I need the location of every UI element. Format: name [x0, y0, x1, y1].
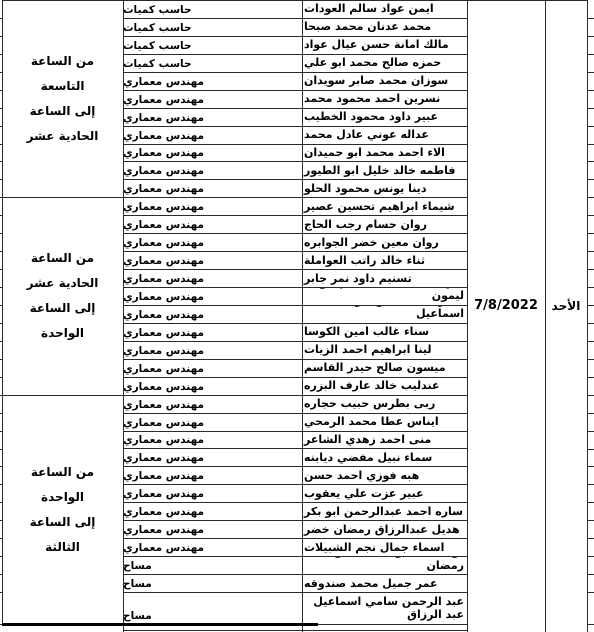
row-gridline-tick — [587, 431, 594, 432]
name-cell[interactable]: مارينا عبداللطيف سالم ابو ليمون — [302, 288, 467, 306]
profession-cell[interactable]: مهندس معماري — [123, 73, 302, 91]
profession-cell[interactable]: مهندس معماري — [123, 306, 302, 324]
row-gridline-tick — [587, 466, 594, 467]
row-gridline-tick — [587, 341, 594, 342]
row-gridline-tick — [587, 556, 594, 557]
name-cell[interactable]: ساره احمد عبدالرحمن ابو بكر — [302, 503, 467, 521]
row-gridline-tick — [587, 36, 594, 37]
profession-cell[interactable]: مهندس معماري — [123, 180, 302, 198]
name-cell[interactable]: الاء احمد محمد ابو حميدان — [302, 145, 467, 163]
time-slot-cell[interactable]: من الساعة التاسعة إلى الساعة الحادية عشر — [2, 1, 123, 198]
time-slot-cell[interactable]: من الساعة الحادية عشر إلى الساعة الواحدة — [2, 198, 123, 395]
time-slot-cell[interactable]: من الساعة الواحدة إلى الساعة الثالثة — [2, 396, 123, 625]
profession-cell[interactable]: مهندس معماري — [123, 127, 302, 145]
name-cell[interactable]: سوزان محمد صابر سويدان — [302, 73, 467, 91]
date-value: 7/8/2022 — [467, 297, 545, 315]
name-cell[interactable]: سماء نبيل مفضي ديابنه — [302, 450, 467, 468]
profession-cell[interactable]: مساح — [123, 575, 302, 593]
row-gridline-tick — [587, 269, 594, 270]
row-gridline-tick — [587, 377, 594, 378]
row-gridline-tick — [587, 18, 594, 19]
profession-cell[interactable]: حاسب كميات — [123, 55, 302, 73]
profession-cell[interactable]: مهندس معماري — [123, 414, 302, 432]
row-gridline-tick — [587, 287, 594, 288]
table-bottom-thick-border — [2, 623, 318, 626]
profession-cell[interactable]: مساح — [123, 593, 302, 625]
profession-cell[interactable]: مهندس معماري — [123, 485, 302, 503]
row-gridline-tick — [587, 624, 594, 625]
day-cell[interactable]: الأحد — [545, 0, 587, 624]
row-gridline-tick — [587, 449, 594, 450]
profession-cell[interactable]: مهندس معماري — [123, 252, 302, 270]
name-cell[interactable]: دينا يونس محمود الحلو — [302, 180, 467, 198]
row-gridline-tick — [587, 502, 594, 503]
profession-cell[interactable]: مهندس معماري — [123, 378, 302, 396]
profession-cell[interactable]: مهندس معماري — [123, 539, 302, 557]
name-cell[interactable]: نسرين احمد محمود محمد — [302, 91, 467, 109]
name-cell[interactable]: ميسون صالح حيدر القاسم — [302, 360, 467, 378]
profession-cell[interactable]: مهندس معماري — [123, 324, 302, 342]
row-gridline-tick — [587, 305, 594, 306]
name-cell[interactable]: سناء غالب امين الكوسا — [302, 324, 467, 342]
name-cell[interactable]: منى احمد زهدي الشاعر — [302, 432, 467, 450]
name-cell[interactable]: هبه فوزي احمد حسن — [302, 467, 467, 485]
profession-cell[interactable]: مهندس معماري — [123, 109, 302, 127]
row-gridline-tick — [587, 592, 594, 593]
row-gridline-tick — [587, 126, 594, 127]
grid-line-vertical — [302, 0, 303, 632]
name-cell[interactable]: روان معين خضر الجوابره — [302, 234, 467, 252]
profession-cell[interactable]: مهندس معماري — [123, 91, 302, 109]
spreadsheet-view: حاسب كمياتايمن عواد سالم العوداتحاسب كمي… — [0, 0, 594, 632]
grid-line-vertical — [467, 0, 468, 632]
row-gridline-tick — [587, 538, 594, 539]
profession-cell[interactable]: حاسب كميات — [123, 19, 302, 37]
name-cell[interactable]: لينا ابراهيم احمد الزيات — [302, 342, 467, 360]
row-gridline-tick — [587, 574, 594, 575]
name-cell[interactable]: ربى بطرس حبيب حجاره — [302, 396, 467, 414]
row-gridline-tick — [587, 72, 594, 73]
row-gridline-tick — [587, 233, 594, 234]
name-cell[interactable]: حمزه صالح محمد ابو علي — [302, 55, 467, 73]
name-cell[interactable]: ايمن عواد سالم العودات — [302, 1, 467, 19]
profession-cell[interactable]: مهندس معماري — [123, 288, 302, 306]
name-cell[interactable]: يوسف محمود عطا الحاج رمضان — [302, 557, 467, 575]
name-cell[interactable]: ايناس عطا محمد الرمحي — [302, 414, 467, 432]
profession-cell[interactable]: مهندس معماري — [123, 234, 302, 252]
grid-line-vertical — [587, 0, 588, 632]
grid-line-vertical — [545, 0, 546, 632]
name-cell[interactable]: روان حسام رجب الحاج — [302, 216, 467, 234]
profession-cell[interactable]: مهندس معماري — [123, 467, 302, 485]
row-gridline-tick — [587, 54, 594, 55]
name-cell[interactable]: مالك امانة حسن عيال عواد — [302, 37, 467, 55]
name-cell[interactable]: عداله عوني عادل محمد — [302, 127, 467, 145]
row-gridline-tick — [587, 161, 594, 162]
profession-cell[interactable]: مهندس معماري — [123, 396, 302, 414]
profession-cell[interactable]: مهندس معماري — [123, 342, 302, 360]
name-cell[interactable]: عندليب خالد عارف البزره — [302, 378, 467, 396]
profession-cell[interactable]: مساح — [123, 557, 302, 575]
row-gridline-tick — [587, 108, 594, 109]
name-cell[interactable]: عبد الرحمن سامي اسماعيل عبد الرزاق — [302, 593, 467, 625]
profession-cell[interactable]: مهندس معماري — [123, 360, 302, 378]
grid-line-horizontal — [2, 0, 587, 1]
name-cell[interactable]: ثناء خالد راتب العواملة — [302, 252, 467, 270]
profession-cell[interactable]: مهندس معماري — [123, 450, 302, 468]
profession-cell[interactable]: مهندس معماري — [123, 503, 302, 521]
profession-cell[interactable]: مهندس معماري — [123, 521, 302, 539]
grid-line-vertical — [123, 0, 124, 632]
row-gridline-tick — [587, 144, 594, 145]
row-gridline-tick — [587, 215, 594, 216]
profession-cell[interactable]: حاسب كميات — [123, 1, 302, 19]
profession-cell[interactable]: مهندس معماري — [123, 432, 302, 450]
name-cell[interactable]: عمر جميل محمد صندوقه — [302, 575, 467, 593]
row-gridline-tick — [587, 395, 594, 396]
name-cell[interactable]: عبير داود محمود الخطيب — [302, 109, 467, 127]
row-gridline-tick — [587, 251, 594, 252]
row-gridline-tick — [587, 520, 594, 521]
row-gridline-tick — [587, 197, 594, 198]
row-gridline-tick — [587, 90, 594, 91]
profession-cell[interactable]: مهندس معماري — [123, 198, 302, 216]
grid-line-horizontal — [123, 630, 467, 631]
profession-cell[interactable]: مهندس معماري — [123, 216, 302, 234]
row-gridline-tick — [587, 359, 594, 360]
name-cell[interactable]: فاطمه خالد خليل ابو الطيور — [302, 162, 467, 180]
name-cell[interactable]: محمد عدنان محمد صبحا — [302, 19, 467, 37]
day-value: الأحد — [545, 297, 587, 315]
name-cell[interactable]: تسنيم داود نمر جابر — [302, 270, 467, 288]
name-cell[interactable]: اسماء جمال نجم الشبيلات — [302, 539, 467, 557]
row-gridline-tick — [587, 413, 594, 414]
profession-cell[interactable]: مهندس معماري — [123, 145, 302, 163]
grid-line-vertical — [2, 0, 3, 626]
row-gridline-tick — [587, 323, 594, 324]
row-gridline-tick — [587, 484, 594, 485]
name-cell[interactable]: هديل عبدالرزاق رمضان خضر — [302, 521, 467, 539]
profession-cell[interactable]: حاسب كميات — [123, 37, 302, 55]
name-cell[interactable]: عامر طالب صالح ابو اسماعيل — [302, 306, 467, 324]
name-cell[interactable]: عبير عزت علي يعقوب — [302, 485, 467, 503]
row-gridline-tick — [587, 179, 594, 180]
profession-cell[interactable]: مهندس معماري — [123, 270, 302, 288]
profession-cell[interactable]: مهندس معماري — [123, 162, 302, 180]
date-cell[interactable]: 7/8/2022 — [467, 0, 545, 624]
name-cell[interactable]: شيماء ابراهيم تحسين عصير — [302, 198, 467, 216]
